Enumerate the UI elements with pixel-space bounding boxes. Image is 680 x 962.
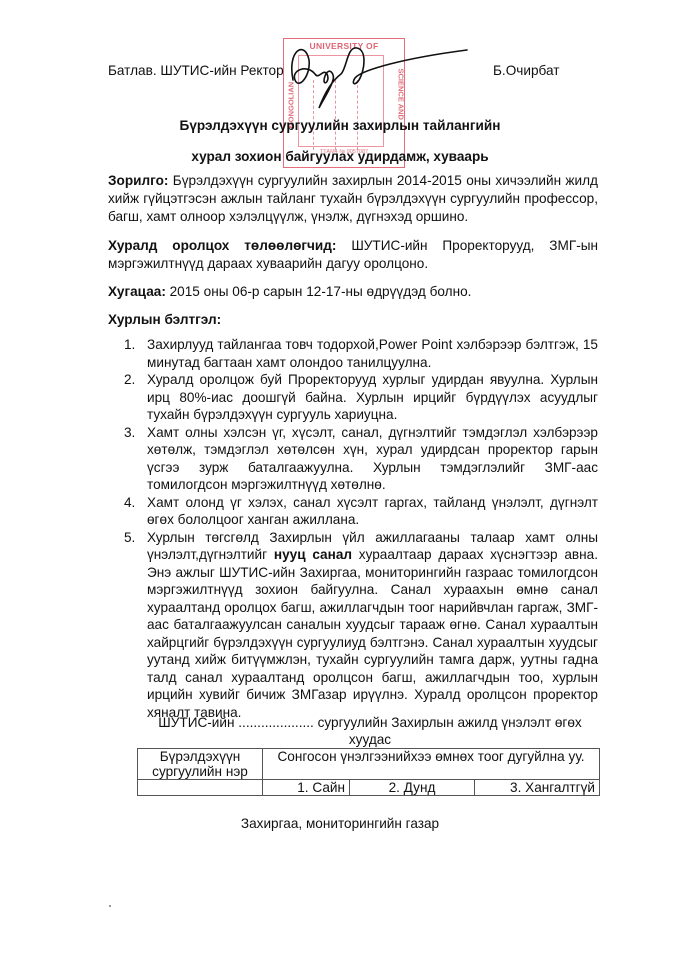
- table-header-row: Бүрэлдэхүүн сургуулийн нэр Сонгосон үнэл…: [138, 749, 600, 780]
- approval-rector-name: Б.Очирбат: [493, 62, 559, 80]
- school-name-header: Бүрэлдэхүүн сургуулийн нэр: [138, 749, 263, 780]
- preparation-heading: Хурлын бэлтгэл:: [108, 311, 598, 329]
- list-item-text: Хамт олонд үг хэлэх, санал хүсэлт гаргах…: [147, 495, 598, 528]
- list-item: 1. Захирлууд тайлангаа товч тодорхой,Pow…: [108, 336, 598, 371]
- goal-label: Зорилго:: [108, 173, 168, 188]
- participants-paragraph: Хуралд оролцох төлөөлөгчид: ШУТИС-ийн Пр…: [108, 237, 598, 273]
- list-item-number: 5.: [124, 529, 135, 547]
- preparation-list: 1. Захирлууд тайлангаа товч тодорхой,Pow…: [108, 336, 598, 721]
- document-title-line-2: хурал зохион байгуулах удирдамж, хуваарь: [0, 148, 680, 166]
- rating-option-average[interactable]: 2. Дунд: [350, 780, 475, 796]
- table-row: 1. Сайн 2. Дунд 3. Хангалтгүй: [138, 780, 600, 796]
- document-page: Батлав. ШУТИС-ийн Ректор Б.Очирбат UNIVE…: [0, 0, 680, 962]
- duration-text: 2015 оны 06-р сарын 12-17-ны өдрүүдэд бо…: [166, 284, 472, 299]
- scan-speck: [109, 905, 111, 907]
- evaluation-table: Бүрэлдэхүүн сургуулийн нэр Сонгосон үнэл…: [137, 748, 600, 796]
- duration-label: Хугацаа:: [108, 284, 166, 299]
- list-item: 3. Хамт олны хэлсэн үг, хүсэлт, санал, д…: [108, 424, 598, 494]
- evaluation-form-title: ШУТИС-ийн .................... сургуулий…: [150, 714, 590, 748]
- list-item: 2. Хуралд оролцож буй Проректорууд хурлы…: [108, 371, 598, 424]
- school-name-cell[interactable]: [138, 780, 263, 796]
- goal-paragraph: Зорилго: Бүрэлдэхүүн сургуулийн захирлын…: [108, 172, 598, 226]
- document-title-line-1: Бүрэлдэхүүн сургуулийн захирлын тайланги…: [0, 117, 680, 135]
- goal-text: Бүрэлдэхүүн сургуулийн захирлын 2014-201…: [108, 173, 598, 224]
- rating-instruction-header: Сонгосон үнэлгээнийхээ өмнөх тоог дугуйл…: [263, 749, 600, 780]
- list-item-text: Захирлууд тайлангаа товч тодорхой,Power …: [147, 337, 598, 370]
- footer-department: Захиргаа, мониторингийн газар: [0, 815, 680, 833]
- list-item-text: Хамт олны хэлсэн үг, хүсэлт, санал, дүгн…: [147, 425, 598, 493]
- list-item-text: Хурлын төгсгөлд Захирлын үйл ажиллагааны…: [147, 530, 598, 720]
- list-item-number: 2.: [124, 371, 135, 389]
- list-item-number: 3.: [124, 424, 135, 442]
- duration-paragraph: Хугацаа: 2015 оны 06-р сарын 12-17-ны өд…: [108, 283, 598, 301]
- rating-option-good[interactable]: 1. Сайн: [263, 780, 350, 796]
- approval-rector-label: Батлав. ШУТИС-ийн Ректор: [108, 62, 284, 80]
- list-item-number: 4.: [124, 494, 135, 512]
- participants-label: Хуралд оролцох төлөөлөгчид:: [108, 238, 336, 253]
- list-item: 5. Хурлын төгсгөлд Захирлын үйл ажиллага…: [108, 529, 598, 722]
- list-item-text-part: хураалтаар дараах хүснэгтээр авна. Энэ а…: [147, 547, 598, 720]
- secret-ballot-emphasis: нууц санал: [274, 547, 352, 562]
- rating-option-insufficient[interactable]: 3. Хангалтгүй: [475, 780, 600, 796]
- list-item: 4. Хамт олонд үг хэлэх, санал хүсэлт гар…: [108, 494, 598, 529]
- list-item-text: Хуралд оролцож буй Проректорууд хурлыг у…: [147, 372, 598, 422]
- list-item-number: 1.: [124, 336, 135, 354]
- signature-icon: [285, 40, 485, 110]
